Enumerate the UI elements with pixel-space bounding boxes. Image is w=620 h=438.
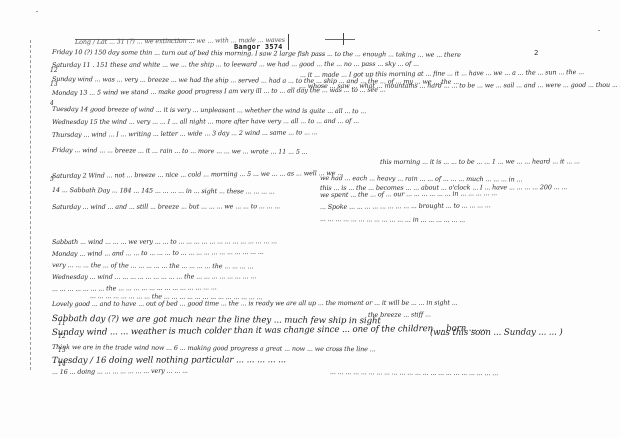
handwritten-line: Saturday ... wind ... and ... still ... … <box>52 202 280 211</box>
stamp-divider <box>288 34 289 50</box>
handwritten-line: Sabbath ... wind ... ... ... we very ...… <box>52 237 277 246</box>
handwritten-line: Sunday wind ... ... weather is much cold… <box>52 323 487 338</box>
handwritten-line: Thursday ... wind ... I ... writing ... … <box>52 128 318 139</box>
handwritten-line: Friday 10 (?) 150 day some thin ... turn… <box>52 48 461 59</box>
handwritten-line: Saturday 2 Wind ... not ... breeze ... n… <box>52 169 343 180</box>
handwritten-line: Monday ... wind ... and ... ... to ... .… <box>52 248 264 258</box>
handwritten-line: 14 ... Sabbath Day ... 184 ... 145 ... .… <box>52 186 275 196</box>
handwritten-line: we had ... each ... heavy ... rain ... .… <box>320 174 522 183</box>
scan-speck <box>36 11 38 12</box>
stamp-divider <box>343 33 344 45</box>
handwritten-line: Tuesday 14 good breeze of wind ... it is… <box>52 105 366 115</box>
handwritten-line: Wednesday ... wind ... ... ... ... ... .… <box>52 272 256 281</box>
header-rule-right <box>325 39 355 40</box>
handwritten-line: ... 16 ... doing ... ... ... ... ... ...… <box>52 367 188 376</box>
handwritten-line: ... ... ... ... ... ... ... ... ... ... … <box>320 215 465 224</box>
page-number: 2 <box>534 49 538 57</box>
handwritten-line: Think we are in the trade wind now ... 6… <box>52 343 376 353</box>
handwritten-line: Lovely good ... and to have ... out of b… <box>52 299 458 308</box>
handwritten-line: ... ... ... ... ... ... ... ... ... ... … <box>330 368 498 377</box>
manuscript-page: Bangor 3574 2 12134511121314 Long / Lat … <box>0 0 620 438</box>
handwritten-line: we spent ... the ... of ... our ... ... … <box>320 189 497 199</box>
handwritten-line: very ... ... ... the ... of the ... ... … <box>52 261 253 270</box>
scan-speck <box>598 30 600 31</box>
handwritten-line: Monday 13 ... 5 wind we stand ... make g… <box>52 86 386 97</box>
left-margin-rule <box>30 40 32 370</box>
handwritten-line: Friday ... wind ... ... breeze ... it ..… <box>52 146 308 156</box>
handwritten-line: Saturday 11 . 151 these and white ... we… <box>52 60 419 69</box>
handwritten-line: ... Spoke ... ... ... ... ... ... ... ..… <box>320 201 491 211</box>
handwritten-line: Wednesday 15 the wind ... very ... ... I… <box>52 117 359 126</box>
handwritten-line: Tuesday / 16 doing well nothing particul… <box>52 355 286 366</box>
handwritten-line: this morning ... it is ... ... to be ...… <box>380 157 580 166</box>
